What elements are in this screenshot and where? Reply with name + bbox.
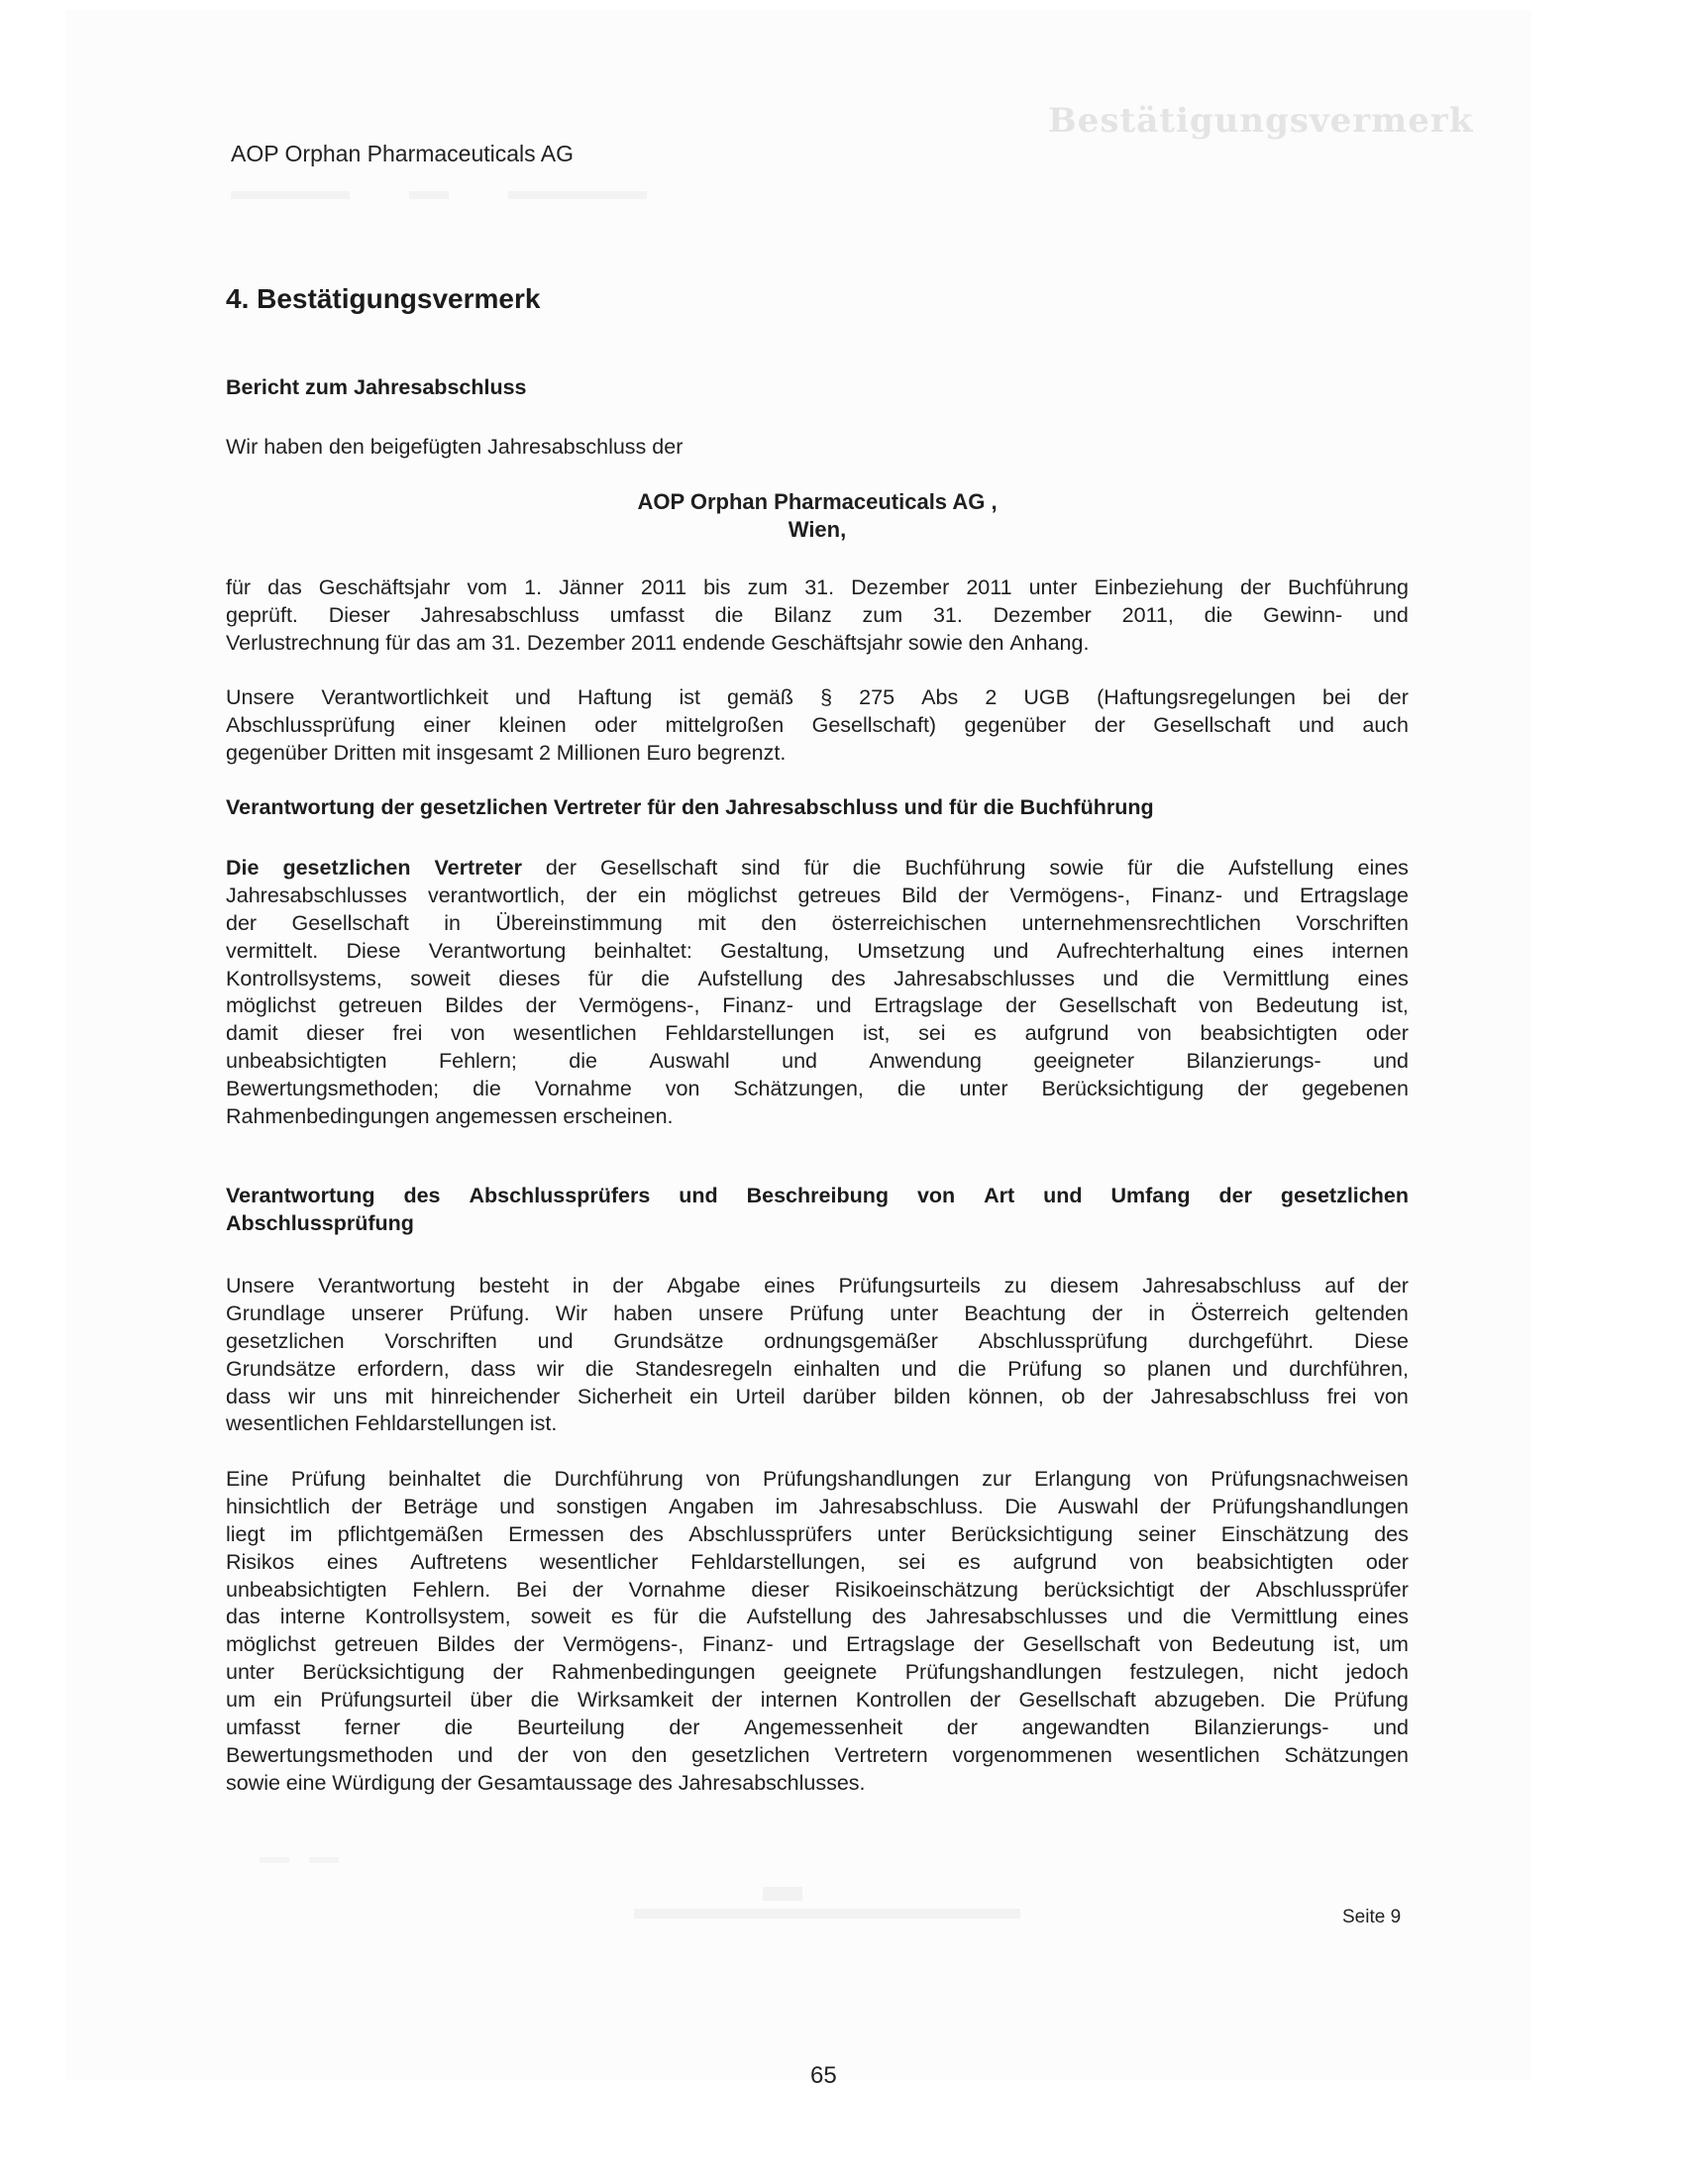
heading-bericht: Bericht zum Jahresabschluss bbox=[226, 375, 527, 400]
text-line: DiegesetzlichenVertreterderGesellschafts… bbox=[226, 855, 1409, 883]
text-line: Bewertungsmethodenunddervondengesetzlich… bbox=[226, 1742, 1409, 1770]
intro-text: Wir haben den beigefügten Jahresabschlus… bbox=[226, 434, 1409, 462]
heading-vertreter: Verantwortung der gesetzlichen Vertreter… bbox=[226, 795, 1154, 820]
text-line: vermittelt.DieseVerantwortungbeinhaltet:… bbox=[226, 938, 1409, 966]
text-line: GrundlageunsererPrüfung.WirhabenunserePr… bbox=[226, 1300, 1409, 1328]
text-line: Grundsätzeerfordern,dasswirdieStandesreg… bbox=[226, 1356, 1409, 1384]
text-line: Bewertungsmethoden;dieVornahmevonSchätzu… bbox=[226, 1076, 1409, 1103]
text-line: umfasstfernerdieBeurteilungderAngemessen… bbox=[226, 1715, 1409, 1742]
heading-pruefer: VerantwortungdesAbschlussprüfersundBesch… bbox=[226, 1183, 1409, 1238]
text-line: geprüft.DieserJahresabschlussumfasstdieB… bbox=[226, 602, 1409, 630]
text-line: unterBerücksichtigungderRahmenbedingunge… bbox=[226, 1659, 1409, 1687]
text-line: dasswirunsmithinreichenderSicherheiteinU… bbox=[226, 1384, 1409, 1411]
text-line: gesetzlichenVorschriftenundGrundsätzeord… bbox=[226, 1328, 1409, 1356]
text-line: gegenüberDrittenmitinsgesamt2MillionenEu… bbox=[226, 740, 1409, 768]
section-tab-watermark: Bestätigungsvermerk bbox=[1048, 101, 1473, 141]
page-label: Seite 9 bbox=[1342, 1907, 1401, 1928]
text-line: UnsereVerantwortungbestehtinderAbgabeein… bbox=[226, 1273, 1409, 1300]
text-line: liegtimpflichtgemäßenErmessendesAbschlus… bbox=[226, 1521, 1409, 1549]
text-line: damitdieserfreivonwesentlichenFehldarste… bbox=[226, 1020, 1409, 1048]
text-line: hinsichtlichderBeträgeundsonstigenAngabe… bbox=[226, 1494, 1409, 1521]
page-number: 65 bbox=[810, 2062, 837, 2090]
intro-line: Wir haben den beigefügten Jahresabschlus… bbox=[226, 434, 1409, 462]
faded-signature-mark bbox=[260, 1850, 359, 1858]
header-faded-rule bbox=[231, 186, 1400, 200]
text-line: Jahresabschlussesverantwortlich,dereinmö… bbox=[226, 883, 1409, 910]
entity-block: AOP Orphan Pharmaceuticals AG , Wien, bbox=[226, 488, 1409, 544]
text-line: möglichstgetreuenBildesderVermögens-,Fin… bbox=[226, 1631, 1409, 1659]
paragraph-pruefer-1: UnsereVerantwortungbestehtinderAbgabeein… bbox=[226, 1273, 1409, 1438]
text-line: Abschlussprüfung bbox=[226, 1210, 1409, 1238]
text-line: wesentlichenFehldarstellungenist. bbox=[226, 1410, 1409, 1438]
page-title: 4. Bestätigungsvermerk bbox=[226, 283, 540, 315]
text-line: umeinPrüfungsurteilüberdieWirksamkeitder… bbox=[226, 1687, 1409, 1715]
text-line: Verlustrechnungfürdasam31.Dezember2011en… bbox=[226, 630, 1409, 658]
paragraph-liability: UnsereVerantwortlichkeitundHaftungistgem… bbox=[226, 684, 1409, 768]
text-line: dasinterneKontrollsystem,soweitesfürdieA… bbox=[226, 1604, 1409, 1631]
text-line: fürdasGeschäftsjahrvom1.Jänner2011biszum… bbox=[226, 574, 1409, 602]
text-line: sowieeineWürdigungderGesamtaussagedesJah… bbox=[226, 1770, 1409, 1798]
paragraph-scope: fürdasGeschäftsjahrvom1.Jänner2011biszum… bbox=[226, 574, 1409, 658]
text-line: Kontrollsystems,soweitdiesesfürdieAufste… bbox=[226, 966, 1409, 993]
text-line: EinePrüfungbeinhaltetdieDurchführungvonP… bbox=[226, 1466, 1409, 1494]
text-line: derGesellschaftinÜbereinstimmungmitdenös… bbox=[226, 910, 1409, 938]
text-line: UnsereVerantwortlichkeitundHaftungistgem… bbox=[226, 684, 1409, 712]
paragraph-pruefer-2: EinePrüfungbeinhaltetdieDurchführungvonP… bbox=[226, 1466, 1409, 1798]
header-company-name: AOP Orphan Pharmaceuticals AG bbox=[231, 141, 574, 167]
text-line: unbeabsichtigtenFehlern;dieAuswahlundAnw… bbox=[226, 1048, 1409, 1076]
entity-name: AOP Orphan Pharmaceuticals AG , bbox=[226, 488, 1409, 516]
faded-footer-stamp bbox=[634, 1887, 1030, 1926]
entity-city: Wien, bbox=[226, 516, 1409, 544]
text-line: unbeabsichtigtenFehlern.BeiderVornahmedi… bbox=[226, 1577, 1409, 1605]
paragraph-vertreter: DiegesetzlichenVertreterderGesellschafts… bbox=[226, 855, 1409, 1131]
text-line: möglichstgetreuenBildesderVermögens-,Fin… bbox=[226, 992, 1409, 1020]
text-line: VerantwortungdesAbschlussprüfersundBesch… bbox=[226, 1183, 1409, 1210]
text-line: Abschlussprüfungeinerkleinenodermittelgr… bbox=[226, 712, 1409, 740]
text-line: RisikoseinesAuftretenswesentlicherFehlda… bbox=[226, 1549, 1409, 1577]
text-line: Rahmenbedingungenangemessenerscheinen. bbox=[226, 1103, 1409, 1131]
